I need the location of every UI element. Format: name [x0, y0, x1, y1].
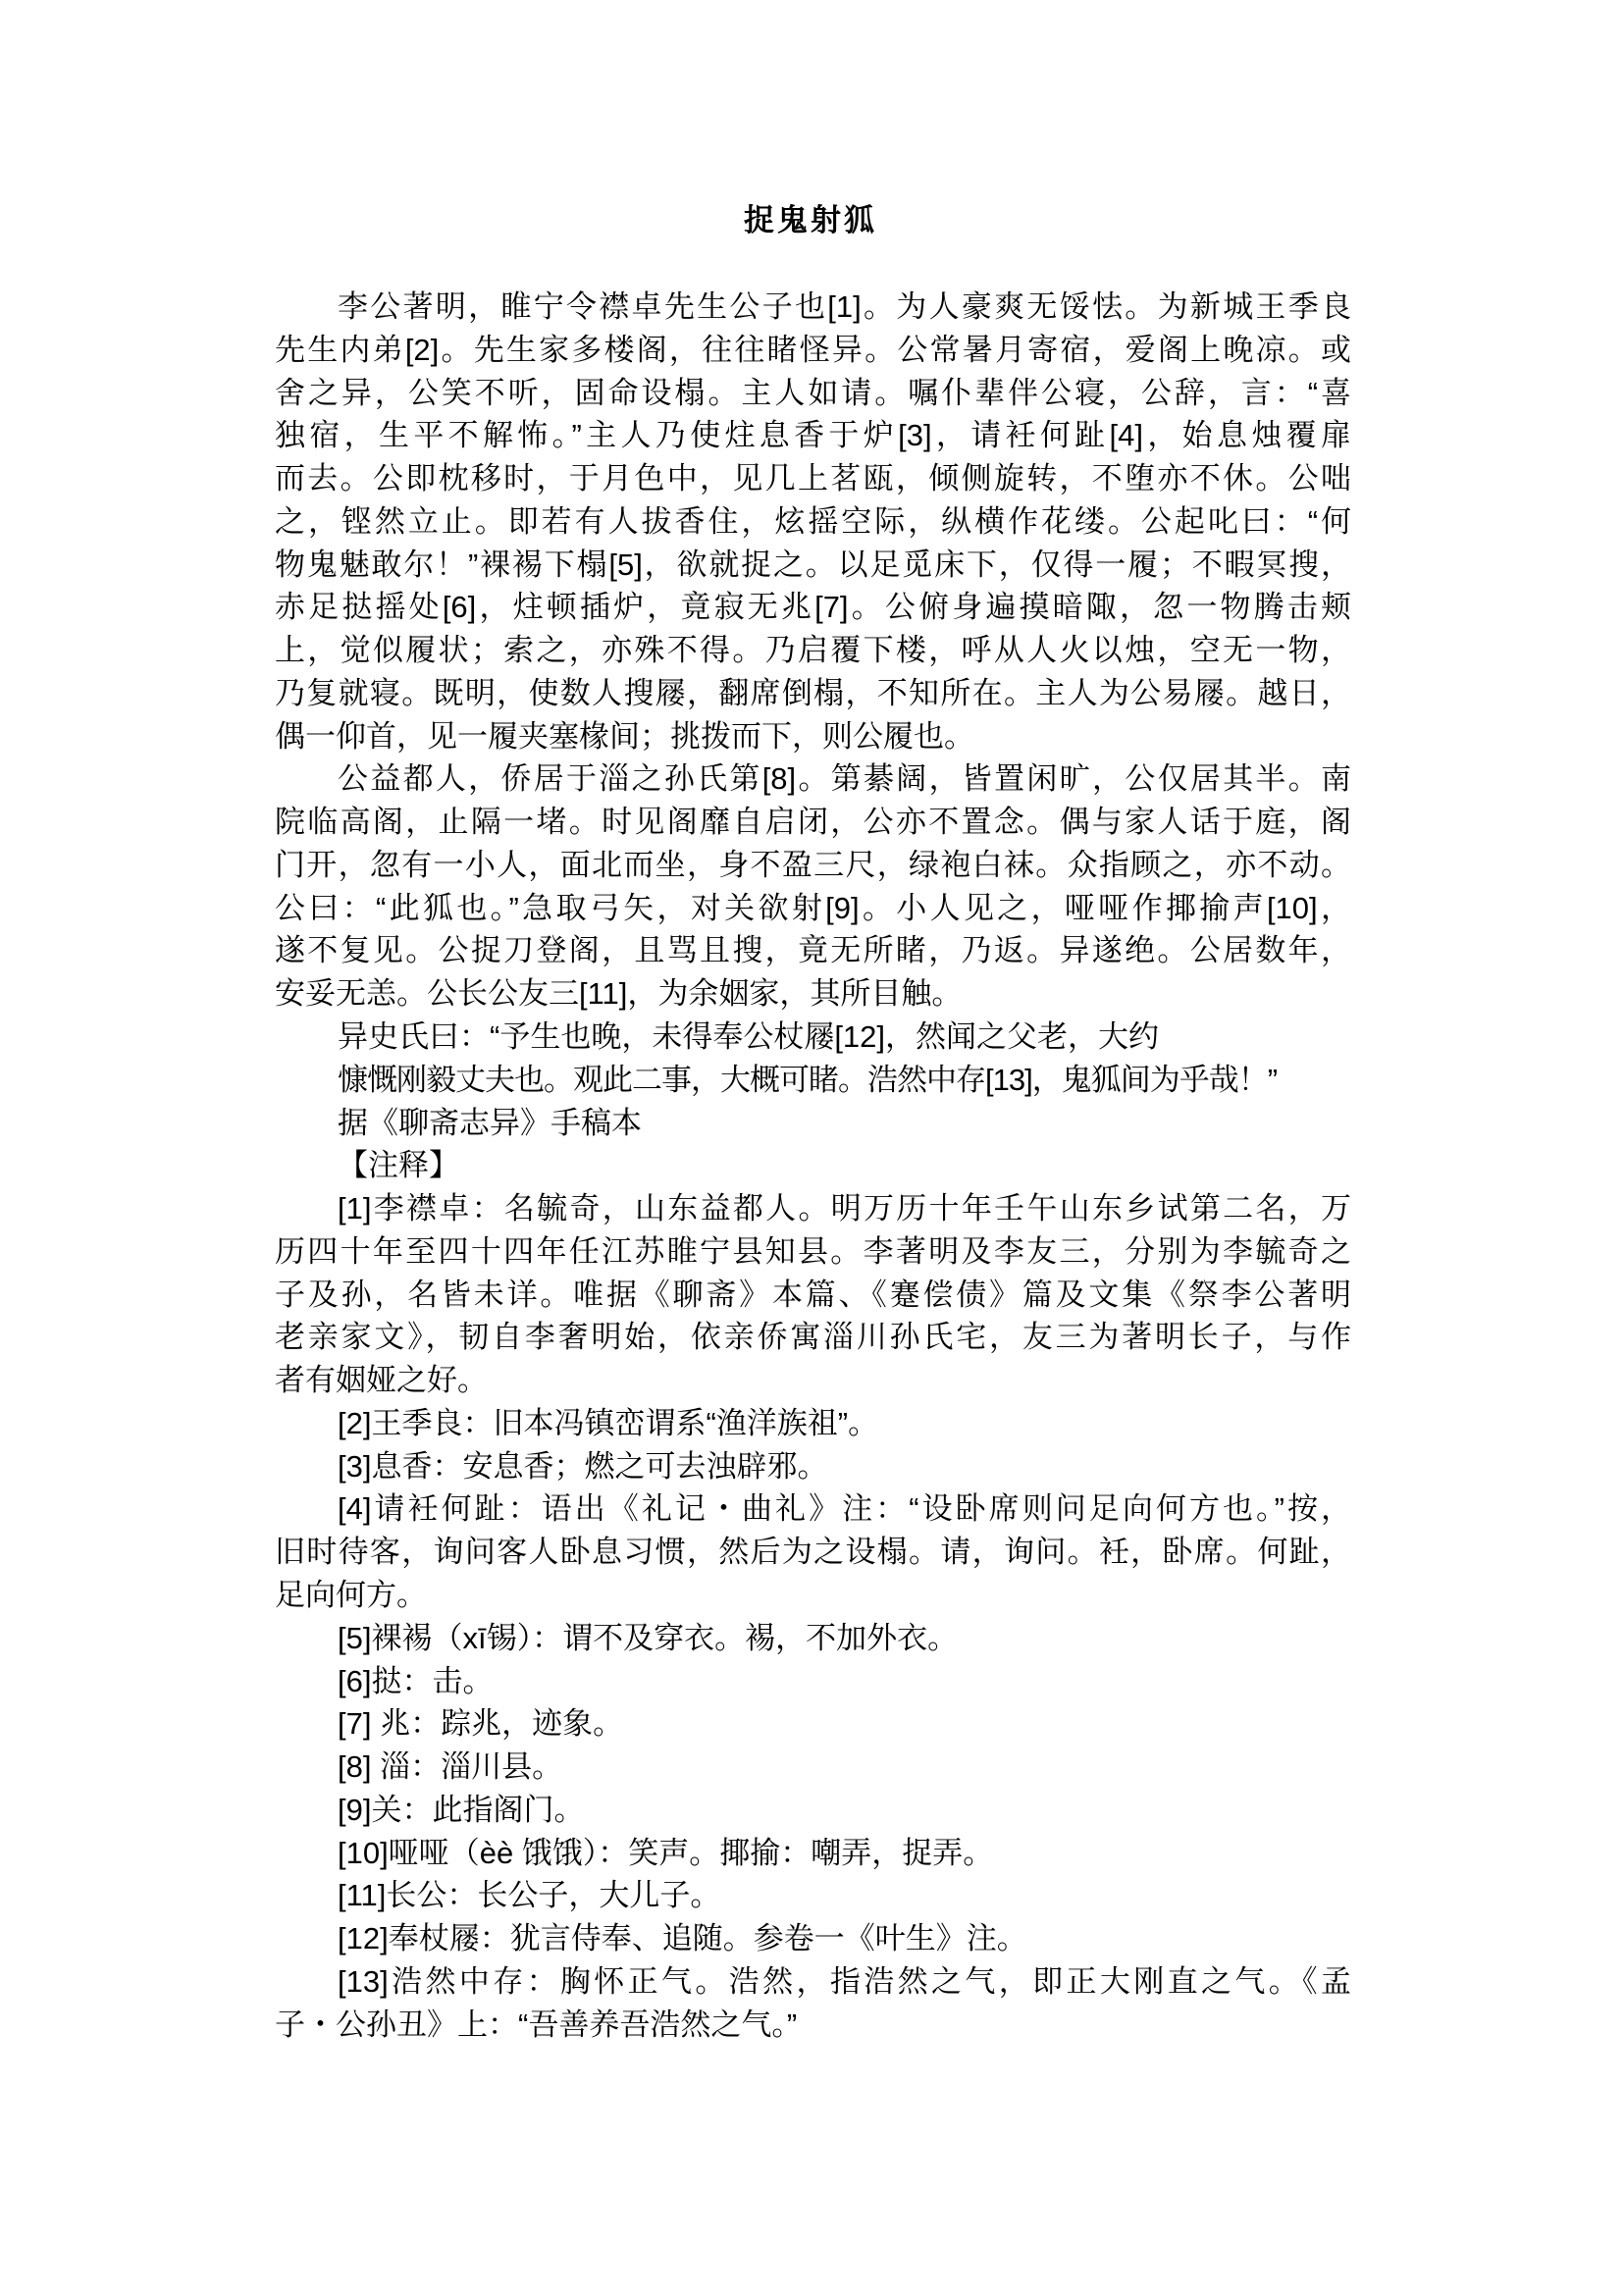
- text-line: 旧时待客，询问客人卧息习惯，然后为之设榻。请，询问。衽，卧席。何趾，: [275, 1531, 1351, 1574]
- text-line: [4]请衽何趾：语出《礼记・曲礼》注：“设卧席则问足向何方也。”按，: [275, 1487, 1351, 1531]
- text-line: 门开，忽有一小人，面北而坐，身不盈三尺，绿袍白袜。众指顾之，亦不动。: [275, 844, 1351, 887]
- source-note: 据《聊斋志异》手稿本: [275, 1102, 1351, 1145]
- note-9: [9]关：此指阁门。: [275, 1789, 1351, 1832]
- notes-heading: 【注释】: [275, 1144, 1351, 1187]
- text-line: [1]李襟卓：名毓奇，山东益都人。明万历十年壬午山东乡试第二名，万: [275, 1187, 1351, 1230]
- text-line: 公曰：“此狐也。”急取弓矢，对关欲射[9]。小人见之，哑哑作揶揄声[10]，: [275, 887, 1351, 930]
- text-line: 偶一仰首，见一履夹塞椽间；挑拨而下，则公履也。: [275, 715, 1351, 758]
- text-line: 物鬼魅敢尔！”裸裼下榻[5]，欲就捉之。以足觅床下，仅得一履；不暇冥搜，: [275, 544, 1351, 587]
- text-line: 公益都人，侨居于淄之孙氏第[8]。第綦阔，皆置闲旷，公仅居其半。南: [275, 757, 1351, 801]
- note-2: [2]王季良：旧本冯镇峦谓系“渔洋族祖”。: [275, 1402, 1351, 1445]
- text-line: 之，铿然立止。即若有人拔香住，炫摇空际，纵横作花缕。公起叱曰：“何: [275, 500, 1351, 544]
- text-line: 上，觉似履状；索之，亦殊不得。乃启覆下楼，呼从人火以烛，空无一物，: [275, 629, 1351, 672]
- text-line: 舍之异，公笑不听，固命设榻。主人如请。嘱仆辈伴公寝，公辞，言：“喜: [275, 372, 1351, 415]
- note-10: [10]哑哑（èè 饿饿）：笑声。揶揄：嘲弄，捉弄。: [275, 1832, 1351, 1875]
- text-line: 乃复就寝。既明，使数人搜屦，翻席倒榻，不知所在。主人为公易屦。越日，: [275, 672, 1351, 715]
- text-line: 先生内弟[2]。先生家多楼阁，往往睹怪异。公常暑月寄宿，爱阁上晚凉。或: [275, 329, 1351, 372]
- text-line: 赤足挞摇处[6]，炷顿插炉，竟寂无兆[7]。公俯身遍摸暗陬，忽一物腾击颊: [275, 586, 1351, 629]
- text-line: 异史氏曰：“予生也晚，未得奉公杖屦[12]，然闻之父老，大约: [275, 1016, 1351, 1059]
- commentary-paragraph: 异史氏曰：“予生也晚，未得奉公杖屦[12]，然闻之父老，大约 慷慨刚毅丈夫也。观…: [275, 1016, 1351, 1102]
- page-title: 捉鬼射狐: [0, 200, 1621, 241]
- document-body: 李公著明，睢宁令襟卓先生公子也[1]。为人豪爽无馁怯。为新城王季良 先生内弟[2…: [275, 286, 1351, 2046]
- story-paragraph-2: 公益都人，侨居于淄之孙氏第[8]。第綦阔，皆置闲旷，公仅居其半。南 院临高阁，止…: [275, 757, 1351, 1016]
- text-line: 者有姻娅之好。: [275, 1359, 1351, 1402]
- story-paragraph-1: 李公著明，睢宁令襟卓先生公子也[1]。为人豪爽无馁怯。为新城王季良 先生内弟[2…: [275, 286, 1351, 757]
- text-line: 子・公孙丑》上：“吾善养吾浩然之气。”: [275, 2004, 1351, 2047]
- note-3: [3]息香：安息香；燃之可去浊辟邪。: [275, 1445, 1351, 1488]
- note-1: [1]李襟卓：名毓奇，山东益都人。明万历十年壬午山东乡试第二名，万 历四十年至四…: [275, 1187, 1351, 1402]
- text-line: 足向何方。: [275, 1574, 1351, 1617]
- text-line: 子及孙，名皆未详。唯据《聊斋》本篇、《蹇偿债》篇及文集《祭李公著明: [275, 1274, 1351, 1317]
- note-6: [6]挞：击。: [275, 1660, 1351, 1703]
- document-page: 捉鬼射狐 李公著明，睢宁令襟卓先生公子也[1]。为人豪爽无馁怯。为新城王季良 先…: [0, 0, 1624, 2294]
- text-line: 院临高阁，止隔一堵。时见阁靡自启闭，公亦不置念。偶与家人话于庭，阁: [275, 801, 1351, 844]
- text-line: [13]浩然中存：胸怀正气。浩然，指浩然之气，即正大刚直之气。《孟: [275, 1960, 1351, 2004]
- note-8: [8] 淄：淄川县。: [275, 1746, 1351, 1789]
- note-5: [5]裸裼（xī锡）：谓不及穿衣。裼，不加外衣。: [275, 1617, 1351, 1660]
- text-line: 慷慨刚毅丈夫也。观此二事，大概可睹。浩然中存[13]，鬼狐间为乎哉！”: [275, 1059, 1351, 1102]
- note-11: [11]长公：长公子，大儿子。: [275, 1874, 1351, 1917]
- text-line: 老亲家文》，韧自李奢明始，依亲侨寓淄川孙氏宅，友三为著明长子，与作: [275, 1316, 1351, 1359]
- note-12: [12]奉杖屦：犹言侍奉、追随。参卷一《叶生》注。: [275, 1917, 1351, 1960]
- text-line: 而去。公即枕移时，于月色中，见几上茗瓯，倾侧旋转，不堕亦不休。公咄: [275, 457, 1351, 500]
- text-line: 独宿，生平不解怖。”主人乃使炷息香于炉[3]，请衽何趾[4]，始息烛覆扉: [275, 414, 1351, 457]
- note-13: [13]浩然中存：胸怀正气。浩然，指浩然之气，即正大刚直之气。《孟 子・公孙丑》…: [275, 1960, 1351, 2047]
- text-line: 李公著明，睢宁令襟卓先生公子也[1]。为人豪爽无馁怯。为新城王季良: [275, 286, 1351, 329]
- text-line: 安妥无恙。公长公友三[11]，为余姻家，其所目触。: [275, 972, 1351, 1016]
- note-4: [4]请衽何趾：语出《礼记・曲礼》注：“设卧席则问足向何方也。”按， 旧时待客，…: [275, 1487, 1351, 1616]
- text-line: 遂不复见。公捉刀登阁，且骂且搜，竟无所睹，乃返。异遂绝。公居数年，: [275, 929, 1351, 972]
- note-7: [7] 兆：踪兆，迹象。: [275, 1702, 1351, 1746]
- text-line: 历四十年至四十四年任江苏睢宁县知县。李著明及李友三，分别为李毓奇之: [275, 1230, 1351, 1274]
